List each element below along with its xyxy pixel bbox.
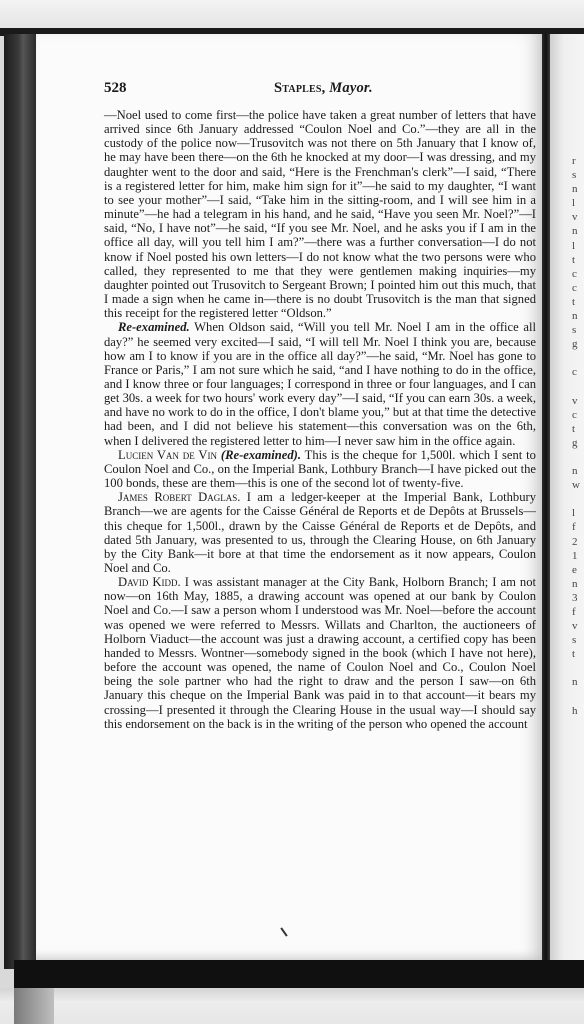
facing-page-edge: r s n l v n l t c c t n s g c v c t g n … xyxy=(550,34,584,962)
witness-name: James Robert Daglas. xyxy=(118,490,240,504)
book-left-cover xyxy=(4,34,36,969)
paragraph-text: I was assistant manager at the City Bank… xyxy=(104,575,536,731)
running-head-name: Staples, xyxy=(274,80,325,96)
book-corner-shadow xyxy=(14,988,54,1024)
paragraph-re-examined: Re-examined. When Oldson said, “Will you… xyxy=(104,320,536,447)
page-number: 528 xyxy=(104,80,127,97)
book-bottom-edge xyxy=(14,960,584,988)
witness-name: David Kidd. xyxy=(118,575,181,589)
paragraph-continuation: —Noel used to come first—the police have… xyxy=(104,108,536,320)
running-head-title: Mayor. xyxy=(329,80,373,96)
paragraph-witness-van-de-vin: Lucien Van de Vin (Re-examined). This is… xyxy=(104,448,536,490)
witness-name: Lucien Van de Vin xyxy=(118,448,217,462)
scan-background-bottom xyxy=(0,988,584,1024)
book-gutter xyxy=(542,34,550,964)
paragraph-text: —Noel used to come first—the police have… xyxy=(104,108,536,320)
page-body: —Noel used to come first—the police have… xyxy=(104,108,536,731)
facing-page-text-fragment: r s n l v n l t c c t n s g c v c t g n … xyxy=(572,154,584,718)
paragraph-text: When Oldson said, “Will you tell Mr. Noe… xyxy=(104,320,536,447)
page-header: 528 Staples, Mayor. xyxy=(104,80,540,100)
examination-note: (Re-examined). xyxy=(221,448,301,462)
running-head: Staples, Mayor. xyxy=(274,80,373,97)
examination-note: Re-examined. xyxy=(118,320,190,334)
paragraph-witness-daglas: James Robert Daglas. I am a ledger-keepe… xyxy=(104,490,536,575)
paragraph-witness-kidd: David Kidd. I was assistant manager at t… xyxy=(104,575,536,731)
